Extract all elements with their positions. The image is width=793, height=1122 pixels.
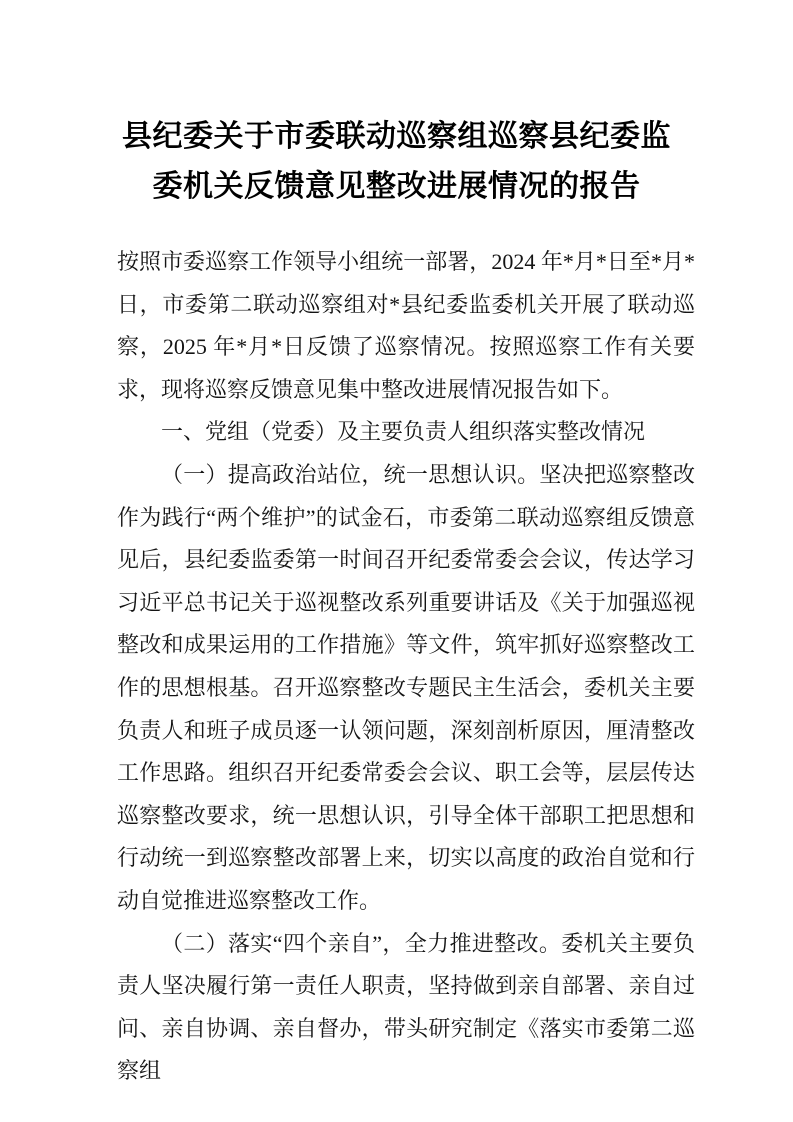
paragraph-intro: 按照市委巡察工作领导小组统一部署，2024 年*月*日至*月*日，市委第二联动巡… — [117, 241, 695, 411]
document-title-line1: 县纪委关于市委联动巡察组巡察县纪委监 — [0, 112, 793, 162]
document-title: 县纪委关于市委联动巡察组巡察县纪委监 委机关反馈意见整改进展情况的报告 — [0, 0, 793, 212]
document-title-line2: 委机关反馈意见整改进展情况的报告 — [0, 162, 793, 212]
section-heading-1: 一、党组（党委）及主要负责人组织落实整改情况 — [117, 411, 695, 454]
paragraph-section-1-item-2: （二）落实“四个亲自”，全力推进整改。委机关主要负责人坚决履行第一责任人职责，坚… — [117, 923, 695, 1093]
document-body: 按照市委巡察工作领导小组统一部署，2024 年*月*日至*月*日，市委第二联动巡… — [117, 241, 695, 1093]
document-page: 县纪委关于市委联动巡察组巡察县纪委监 委机关反馈意见整改进展情况的报告 按照市委… — [0, 0, 793, 1122]
paragraph-section-1-item-1: （一）提高政治站位，统一思想认识。坚决把巡察整改作为践行“两个维护”的试金石，市… — [117, 454, 695, 923]
